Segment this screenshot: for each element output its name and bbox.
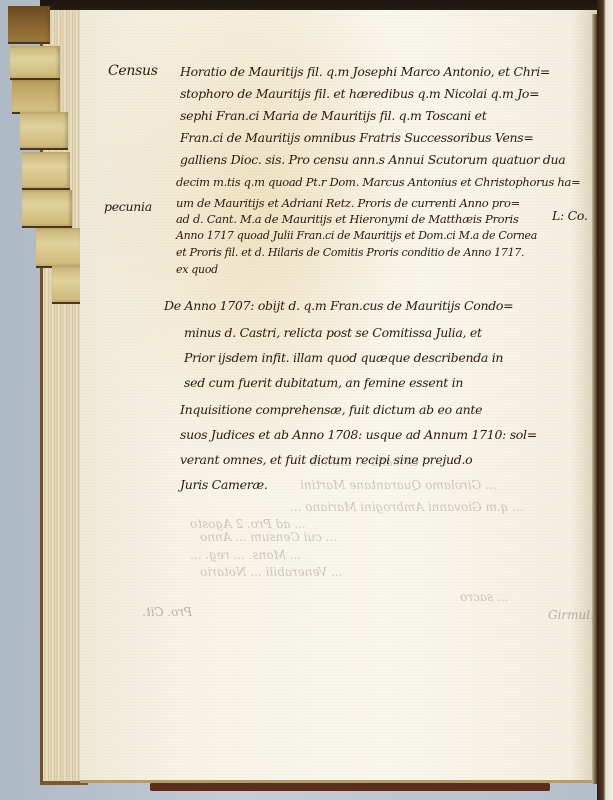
bleed-through-line: ... Venerabili ... Notario bbox=[200, 565, 342, 579]
entry-2-line: verant omnes, et fuit dictum recipi sine… bbox=[180, 452, 472, 467]
entry-1-line: stophoro de Mauritijs fil. et hæredibus … bbox=[180, 86, 539, 101]
entry-2-line: minus d. Castri, relicta post se Comitis… bbox=[184, 325, 482, 340]
bleed-through-line: ... ad Pro. 2 Agosto bbox=[190, 517, 306, 531]
book-cover-right bbox=[597, 0, 613, 800]
entry-2-line: Inquisitione comprehensæ, fuit dictum ab… bbox=[180, 402, 482, 417]
entry-1-line: ad d. Cant. M.a de Mauritijs et Hieronym… bbox=[176, 212, 518, 226]
bleed-through-signature: Girmul. bbox=[548, 608, 594, 622]
index-tab-4 bbox=[20, 112, 68, 150]
book-cover-bottom bbox=[150, 783, 550, 791]
index-tab-2 bbox=[10, 46, 60, 80]
bleed-through-page-ref: Pro. Cit. bbox=[142, 605, 192, 619]
index-tab-1 bbox=[8, 6, 50, 44]
index-tab-6 bbox=[22, 190, 72, 228]
entry-2-line: De Anno 1707: obijt d. q.m Fran.cus de M… bbox=[164, 298, 513, 313]
bleed-through-line: ... Mons. ... reg. ... bbox=[190, 548, 301, 562]
entry-1-line: galliens Dioc. sis. Pro censu ann.s Annu… bbox=[180, 152, 565, 167]
entry-1-line: ex quod bbox=[176, 263, 218, 276]
manuscript-page bbox=[80, 10, 597, 783]
entry-1-line: um de Mauritijs et Adriani Retz. Proris … bbox=[176, 196, 520, 210]
entry-1-line: Anno 1717 quoad Julii Fran.ci de Mauriti… bbox=[176, 229, 537, 242]
bleed-through-line: ... q.m Giovanni Ambrogini Mariano ... bbox=[290, 500, 524, 514]
margin-amount: L: Co. bbox=[552, 208, 588, 223]
bleed-through-line: ... cui Censum ... Anno bbox=[200, 530, 337, 544]
margin-heading-census: Census bbox=[108, 63, 158, 79]
bleed-through-line: ... Girolamo Quarantane Martini bbox=[300, 478, 496, 492]
entry-1-line: et Proris fil. et d. Hilaris de Comitis … bbox=[176, 246, 524, 259]
entry-2-line: Prior ijsdem infit. illam quod quæque de… bbox=[184, 350, 503, 365]
bleed-through-line: ... sacro bbox=[460, 590, 508, 604]
index-tab-7 bbox=[36, 228, 84, 268]
entry-1-line: Horatio de Mauritijs fil. q.m Josephi Ma… bbox=[180, 64, 550, 79]
entry-2-line: suos Judices et ab Anno 1708: usque ad A… bbox=[180, 427, 537, 442]
entry-1-line: sephi Fran.ci Maria de Mauritijs fil. q.… bbox=[180, 108, 487, 123]
index-tab-5 bbox=[22, 152, 70, 190]
index-tab-3 bbox=[12, 80, 60, 114]
margin-label-pecunia: pecunia bbox=[104, 199, 152, 214]
entry-1-line: Fran.ci de Mauritijs omnibus Fratris Suc… bbox=[180, 130, 534, 145]
entry-2-line: sed cum fuerit dubitatum, an femine esse… bbox=[184, 375, 463, 390]
entry-2-line: Juris Cameræ. bbox=[180, 477, 268, 492]
manuscript-photo: ... Gricalia ... ultimis ... Girolamo Qu… bbox=[0, 0, 613, 800]
entry-1-line: decim m.tis q.m quoad Pt.r Dom. Marcus A… bbox=[176, 175, 580, 189]
